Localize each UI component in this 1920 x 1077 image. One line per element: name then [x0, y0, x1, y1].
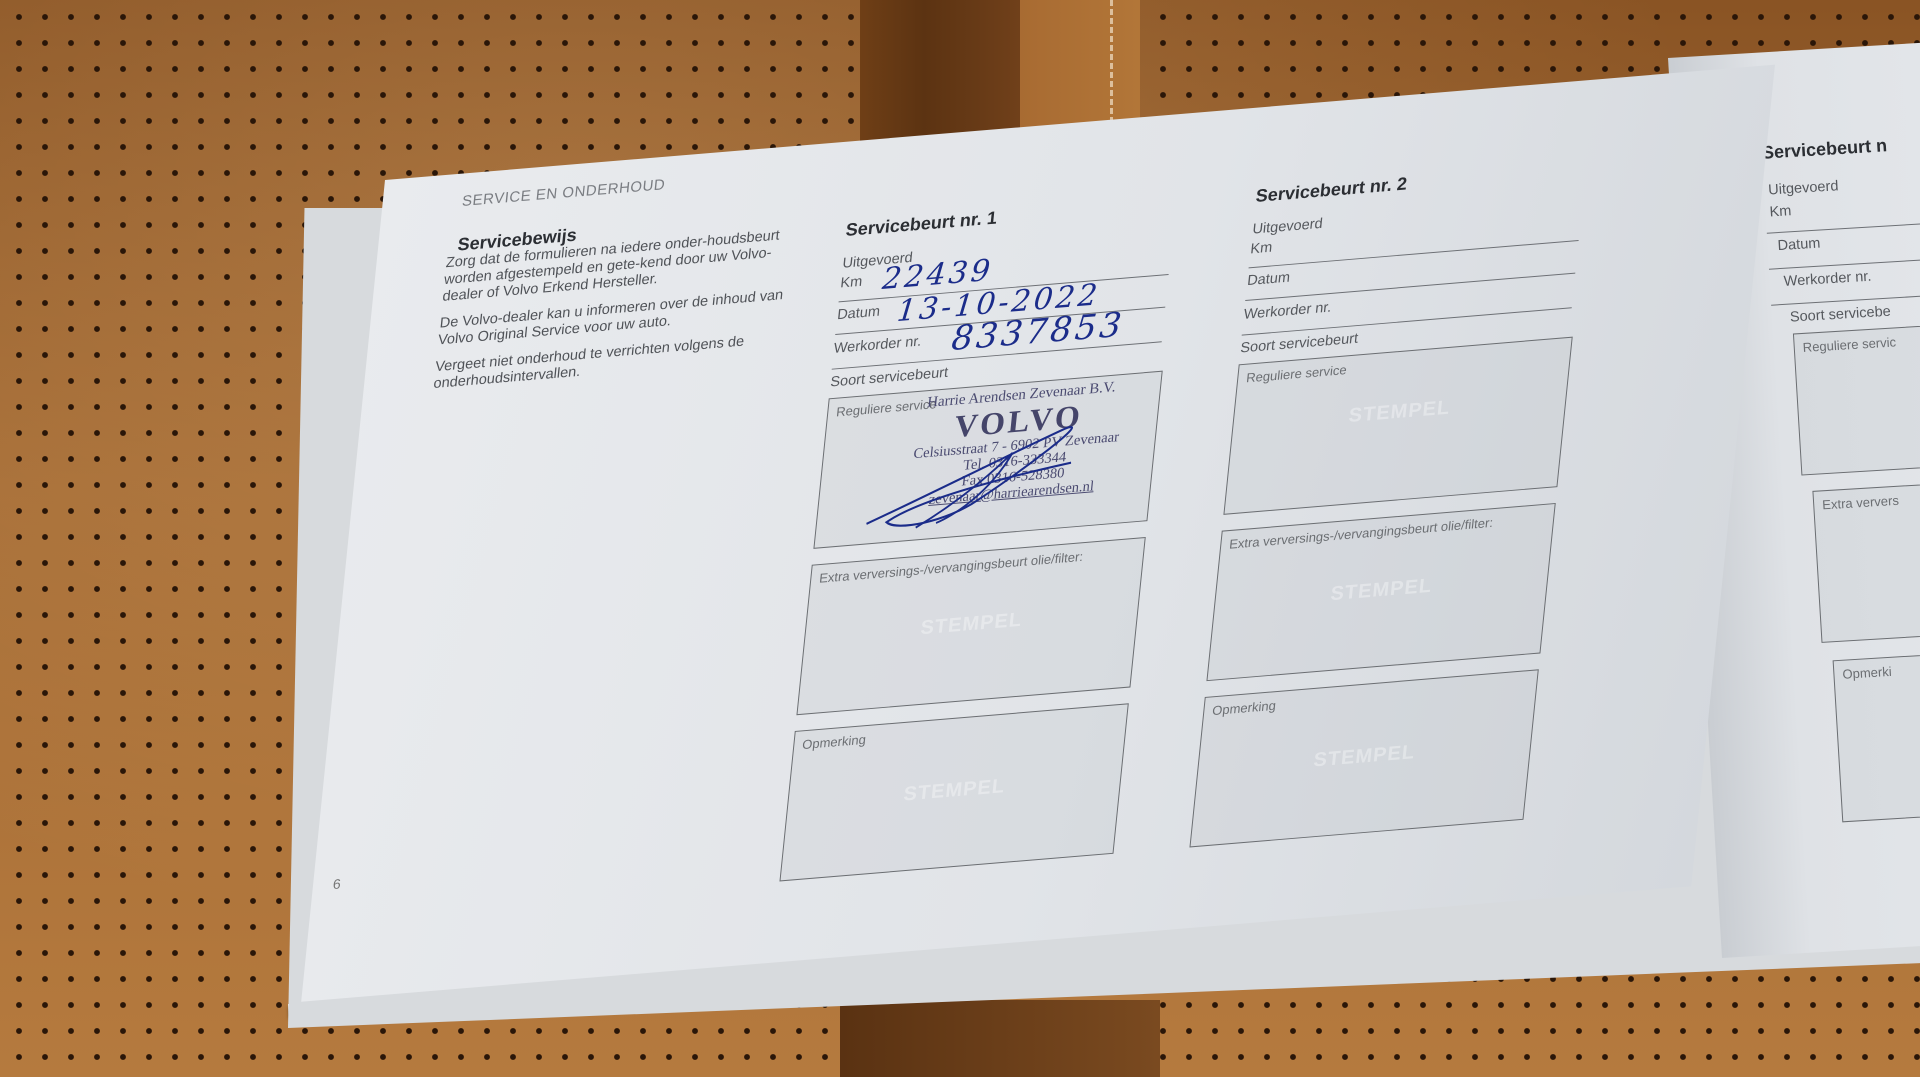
soort-label: Soort servicebeurt — [830, 365, 949, 391]
intro-text: Zorg dat de formulieren na iedere onder-… — [432, 227, 792, 403]
form-title: Servicebeurt nr. 1 — [845, 208, 998, 241]
extra-service-label: Extra verversings-/vervangingsbeurt olie… — [819, 549, 1084, 586]
service-form-1: Servicebeurt nr. 1 Uitgevoerd Km 22439 D… — [847, 192, 1187, 220]
stamp-placeholder: STEMPEL — [1214, 565, 1548, 615]
extra-service-box: Extra ververs — [1812, 471, 1920, 643]
uitgevoerd-label: Uitgevoerd — [1252, 216, 1324, 238]
stamp-placeholder: STEMPEL — [1232, 387, 1566, 437]
datum-label: Datum — [1777, 236, 1821, 255]
soort-label: Soort servicebeurt — [1240, 331, 1359, 357]
soort-label: Soort servicebe — [1789, 304, 1891, 326]
datum-label: Datum — [836, 304, 880, 323]
page-number: 6 — [332, 876, 341, 892]
service-form-3: Servicebeurt n Uitgevoerd Km Datum Werko… — [1761, 122, 1920, 142]
regular-service-box: Reguliere servic — [1793, 313, 1920, 475]
remark-box: Opmerking STEMPEL — [779, 703, 1128, 881]
extra-service-box: Extra verversings-/vervangingsbeurt olie… — [796, 537, 1145, 715]
regular-service-label: Reguliere service — [1246, 362, 1348, 385]
werkorder-label: Werkorder nr. — [833, 334, 922, 357]
form-title: Servicebeurt n — [1761, 135, 1887, 164]
regular-service-box: Reguliere service STEMPEL — [1223, 337, 1572, 515]
werkorder-label: Werkorder nr. — [1243, 300, 1332, 323]
datum-label: Datum — [1246, 270, 1290, 289]
remark-box: Opmerking STEMPEL — [1189, 669, 1538, 847]
signature-icon — [855, 416, 1105, 535]
form-title: Servicebeurt nr. 2 — [1255, 174, 1408, 207]
werkorder-label: Werkorder nr. — [1783, 269, 1872, 290]
section-header: SERVICE EN ONDERHOUD — [461, 176, 666, 210]
extra-service-label: Extra verversings-/vervangingsbeurt olie… — [1229, 515, 1494, 552]
km-line — [1249, 240, 1579, 268]
uitgevoerd-label: Uitgevoerd — [1768, 178, 1839, 198]
km-label: Km — [840, 274, 863, 292]
remark-label: Opmerki — [1842, 664, 1892, 682]
extra-service-label: Extra ververs — [1822, 493, 1899, 513]
regular-service-box: Reguliere service Harrie Arendsen Zevena… — [813, 371, 1162, 549]
km-label: Km — [1250, 240, 1273, 258]
km-label: Km — [1769, 203, 1792, 220]
datum-line — [1245, 273, 1575, 301]
service-form-2: Servicebeurt nr. 2 Uitgevoerd Km Datum W… — [1257, 158, 1597, 186]
stamp-placeholder: STEMPEL — [787, 766, 1121, 816]
remark-label: Opmerking — [802, 732, 867, 752]
stamp-placeholder: STEMPEL — [804, 599, 1138, 649]
extra-service-box: Extra verversings-/vervangingsbeurt olie… — [1206, 503, 1555, 681]
left-page: SERVICE EN ONDERHOUD Servicebewijs Zorg … — [301, 65, 1775, 1002]
remark-label: Opmerking — [1212, 698, 1277, 718]
regular-service-label: Reguliere servic — [1802, 334, 1896, 355]
stamp-placeholder: STEMPEL — [1197, 732, 1531, 782]
service-booklet: Servicebeurt n Uitgevoerd Km Datum Werko… — [0, 0, 1920, 1077]
remark-box: Opmerki — [1833, 640, 1920, 822]
